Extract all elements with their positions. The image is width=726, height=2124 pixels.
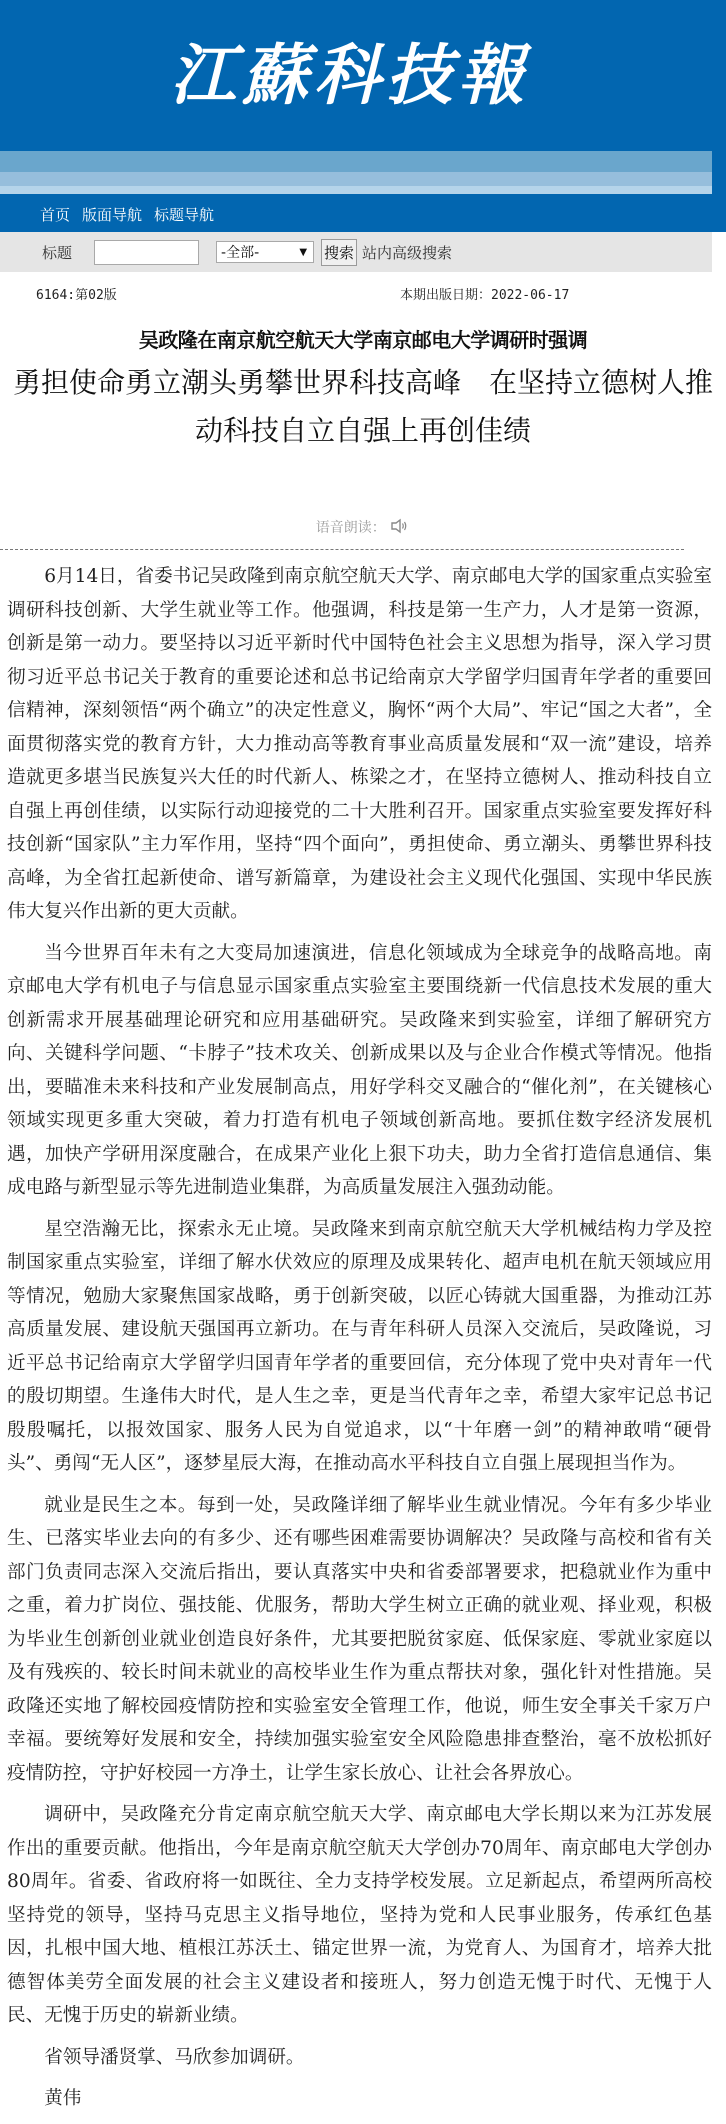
header-band (0, 186, 712, 194)
article-author: 黄伟 (7, 2082, 712, 2116)
masthead: 江蘇科技報 (0, 0, 726, 196)
article-title: 勇担使命勇立潮头勇攀世界科技高峰 在坚持立德树人推动科技自立自强上再创佳绩 (0, 359, 726, 455)
newspaper-logo[interactable]: 江蘇科技報 (170, 42, 530, 108)
scope-select[interactable]: -全部- ▼ (216, 241, 314, 263)
top-nav: 首页 版面导航 标题导航 (0, 196, 726, 232)
search-bar: 标题 -全部- ▼ 搜索 站内高级搜索 (0, 232, 712, 272)
scope-select-value: -全部- (221, 242, 259, 262)
header-band (0, 194, 712, 196)
article-paragraph: 6月14日，省委书记吴政隆到南京航空航天大学、南京邮电大学的国家重点实验室调研科… (7, 560, 712, 929)
audio-read: 语音朗读： (0, 517, 726, 541)
header-band (0, 172, 712, 186)
article-subtitle: 吴政隆在南京航空航天大学南京邮电大学调研时强调 (0, 324, 726, 353)
audio-read-label: 语音朗读： (316, 520, 386, 536)
nav-title-navigation-link[interactable]: 标题导航 (154, 204, 214, 225)
speaker-icon[interactable] (390, 518, 410, 534)
publish-date: 本期出版日期：2022-06-17 (400, 284, 569, 303)
advanced-search-link[interactable]: 站内高级搜索 (362, 242, 452, 263)
nav-home-link[interactable]: 首页 (40, 204, 70, 225)
title-search-input[interactable] (94, 240, 199, 265)
edition-meta: 6164:第02版 本期出版日期：2022-06-17 (0, 272, 726, 308)
nav-page-navigation-link[interactable]: 版面导航 (82, 204, 142, 225)
header-band (0, 151, 712, 172)
article-paragraph: 调研中，吴政隆充分肯定南京航空航天大学、南京邮电大学长期以来为江苏发展作出的重要… (7, 1798, 712, 2033)
edition-number: 6164:第02版 (36, 284, 117, 303)
article-body: 6月14日，省委书记吴政隆到南京航空航天大学、南京邮电大学的国家重点实验室调研科… (0, 550, 726, 2116)
article-paragraph: 星空浩瀚无比，探索永无止境。吴政隆来到南京航空航天大学机械结构力学及控制国家重点… (7, 1213, 712, 1481)
article-paragraph: 当今世界百年未有之大变局加速演进，信息化领域成为全球竞争的战略高地。南京邮电大学… (7, 937, 712, 1205)
search-button[interactable]: 搜索 (321, 239, 357, 266)
article-paragraph: 省领导潘贤掌、马欣参加调研。 (7, 2041, 712, 2075)
article-paragraph: 就业是民生之本。每到一处，吴政隆详细了解毕业生就业情况。今年有多少毕业生、已落实… (7, 1489, 712, 1791)
search-field-label: 标题 (42, 242, 72, 263)
dropdown-arrow-icon: ▼ (299, 247, 307, 258)
